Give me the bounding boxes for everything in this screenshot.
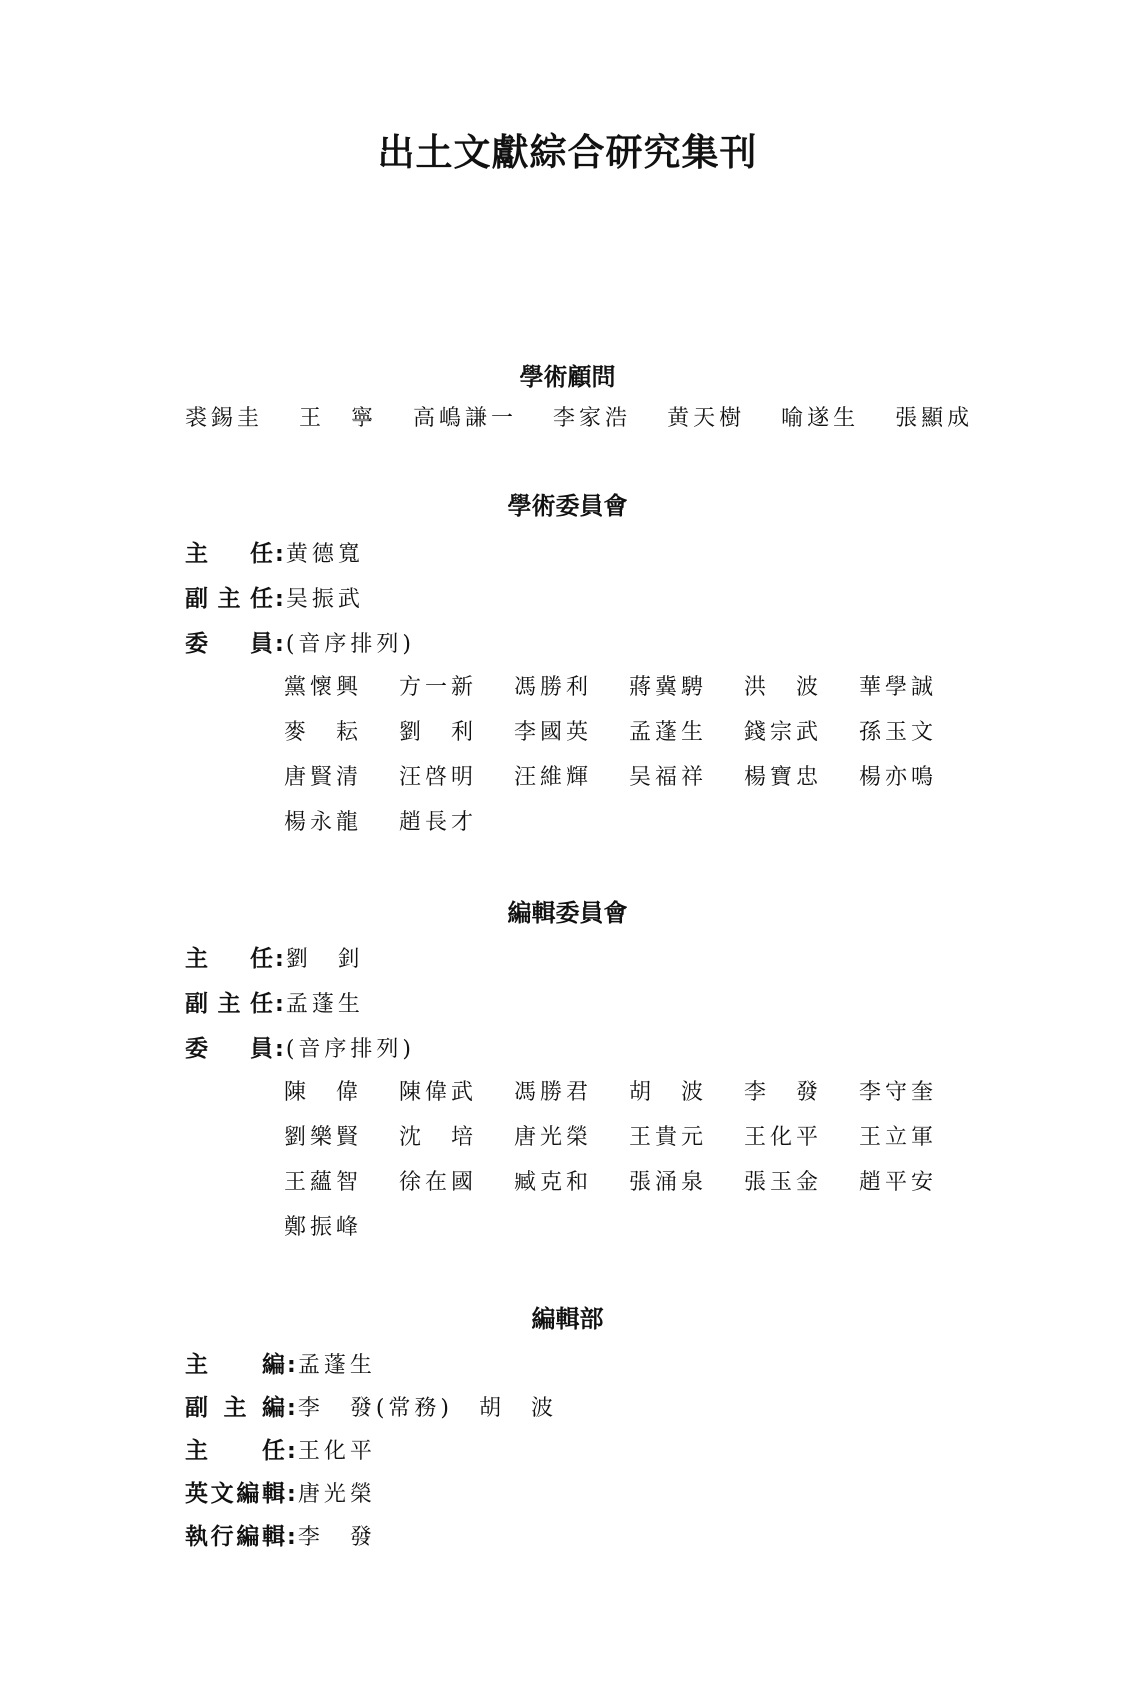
member-name: 張涌泉 — [629, 1167, 744, 1199]
deputy-chief-editor-row: 副 主 編 : 李 發(常務) 胡 波 — [185, 1392, 557, 1425]
section-heading-editorial-department: 編輯部 — [0, 1303, 1135, 1335]
academic-deputy-name: 吴振武 — [286, 584, 364, 616]
chief-editor-name: 孟蓬生 — [298, 1350, 376, 1382]
editorial-director-label: 主 任 — [185, 943, 273, 975]
academic-members-row: 委 員 : (音序排列) — [185, 628, 415, 661]
member-name: 楊永龍 — [284, 807, 399, 839]
advisor-name: 喻遂生 — [781, 403, 859, 435]
member-name: 李守奎 — [859, 1077, 974, 1109]
academic-director-name: 黄德寬 — [286, 539, 364, 571]
department-director-row: 主 任 : 王化平 — [185, 1435, 376, 1468]
editorial-director-row: 主 任 : 劉 釗 — [185, 943, 364, 976]
colon: : — [275, 1034, 284, 1066]
editorial-deputy-row: 副 主 任 : 孟蓬生 — [185, 988, 364, 1021]
executive-editor-label: 執 行 編 輯 — [185, 1521, 285, 1553]
member-name: 蔣冀騁 — [629, 672, 744, 704]
member-name: 楊亦鳴 — [859, 762, 974, 794]
advisor-name: 裘錫圭 — [185, 403, 263, 435]
member-name: 馮勝利 — [514, 672, 629, 704]
member-name: 華學誠 — [859, 672, 974, 704]
academic-members-note: (音序排列) — [286, 629, 415, 661]
member-name: 沈 培 — [399, 1122, 514, 1154]
editorial-members-row: 委 員 : (音序排列) — [185, 1033, 415, 1066]
advisor-name: 張顯成 — [895, 403, 973, 435]
colon: : — [275, 629, 284, 661]
academic-members-grid: 黨懷興 方一新 馮勝利 蔣冀騁 洪 波 華學誠 麥 耘 劉 利 李國英 孟蓬生 … — [284, 672, 974, 839]
section-heading-advisors: 學術顧問 — [0, 361, 1135, 393]
academic-deputy-row: 副 主 任 : 吴振武 — [185, 583, 364, 616]
member-name: 趙長才 — [399, 807, 514, 839]
member-name: 徐在國 — [399, 1167, 514, 1199]
member-name: 楊寶忠 — [744, 762, 859, 794]
advisor-name: 黄天樹 — [667, 403, 745, 435]
member-name: 麥 耘 — [284, 717, 399, 749]
english-editor-name: 唐光榮 — [298, 1479, 376, 1511]
member-name: 孫玉文 — [859, 717, 974, 749]
advisor-name: 李家浩 — [553, 403, 631, 435]
member-name: 錢宗武 — [744, 717, 859, 749]
member-name: 王貴元 — [629, 1122, 744, 1154]
academic-director-row: 主 任 : 黄德寬 — [185, 538, 364, 571]
member-name: 汪啓明 — [399, 762, 514, 794]
colon: : — [275, 539, 284, 571]
colon: : — [287, 1350, 296, 1382]
member-name: 唐光榮 — [514, 1122, 629, 1154]
editorial-deputy-label: 副 主 任 — [185, 988, 273, 1020]
chief-editor-label: 主 編 — [185, 1349, 285, 1381]
academic-members-label: 委 員 — [185, 628, 273, 660]
member-name: 王蘊智 — [284, 1167, 399, 1199]
advisor-name: 王 寧 — [299, 403, 377, 435]
member-name: 李 發 — [744, 1077, 859, 1109]
colon: : — [287, 1479, 296, 1511]
executive-editor-row: 執 行 編 輯 : 李 發 — [185, 1521, 376, 1554]
member-name: 唐賢清 — [284, 762, 399, 794]
colon: : — [287, 1393, 296, 1425]
advisors-list: 裘錫圭 王 寧 高嶋謙一 李家浩 黄天樹 喻遂生 張顯成 — [185, 403, 1009, 435]
department-director-name: 王化平 — [298, 1436, 376, 1468]
member-name: 陳偉武 — [399, 1077, 514, 1109]
editorial-members-grid: 陳 偉 陳偉武 馮勝君 胡 波 李 發 李守奎 劉樂賢 沈 培 唐光榮 王貴元 … — [284, 1077, 974, 1244]
member-name: 胡 波 — [629, 1077, 744, 1109]
colon: : — [287, 1522, 296, 1554]
executive-editor-name: 李 發 — [298, 1522, 376, 1554]
section-heading-editorial-committee: 編輯委員會 — [0, 897, 1135, 929]
academic-deputy-label: 副 主 任 — [185, 583, 273, 615]
colon: : — [275, 989, 284, 1021]
member-name: 趙平安 — [859, 1167, 974, 1199]
member-name: 孟蓬生 — [629, 717, 744, 749]
colon: : — [287, 1436, 296, 1468]
editorial-members-label: 委 員 — [185, 1033, 273, 1065]
member-name: 李國英 — [514, 717, 629, 749]
member-name: 鄭振峰 — [284, 1212, 399, 1244]
deputy-chief-editor-label: 副 主 編 — [185, 1392, 285, 1424]
member-name: 臧克和 — [514, 1167, 629, 1199]
member-name: 馮勝君 — [514, 1077, 629, 1109]
member-name: 劉 利 — [399, 717, 514, 749]
colon: : — [275, 584, 284, 616]
member-name: 王立軍 — [859, 1122, 974, 1154]
page-title: 出土文獻綜合研究集刊 — [0, 128, 1135, 176]
editorial-members-note: (音序排列) — [286, 1034, 415, 1066]
department-director-label: 主 任 — [185, 1435, 285, 1467]
member-name: 汪維輝 — [514, 762, 629, 794]
member-name: 洪 波 — [744, 672, 859, 704]
member-name: 陳 偉 — [284, 1077, 399, 1109]
chief-editor-row: 主 編 : 孟蓬生 — [185, 1349, 376, 1382]
editorial-deputy-name: 孟蓬生 — [286, 989, 364, 1021]
member-name: 張玉金 — [744, 1167, 859, 1199]
english-editor-label: 英 文 編 輯 — [185, 1478, 285, 1510]
section-heading-academic-committee: 學術委員會 — [0, 490, 1135, 522]
deputy-chief-editor-names: 李 發(常務) 胡 波 — [298, 1393, 557, 1425]
advisor-name: 高嶋謙一 — [413, 403, 517, 435]
member-name: 王化平 — [744, 1122, 859, 1154]
member-name: 方一新 — [399, 672, 514, 704]
english-editor-row: 英 文 編 輯 : 唐光榮 — [185, 1478, 376, 1511]
editorial-director-name: 劉 釗 — [286, 944, 364, 976]
member-name: 吴福祥 — [629, 762, 744, 794]
colon: : — [275, 944, 284, 976]
academic-director-label: 主 任 — [185, 538, 273, 570]
member-name: 黨懷興 — [284, 672, 399, 704]
member-name: 劉樂賢 — [284, 1122, 399, 1154]
